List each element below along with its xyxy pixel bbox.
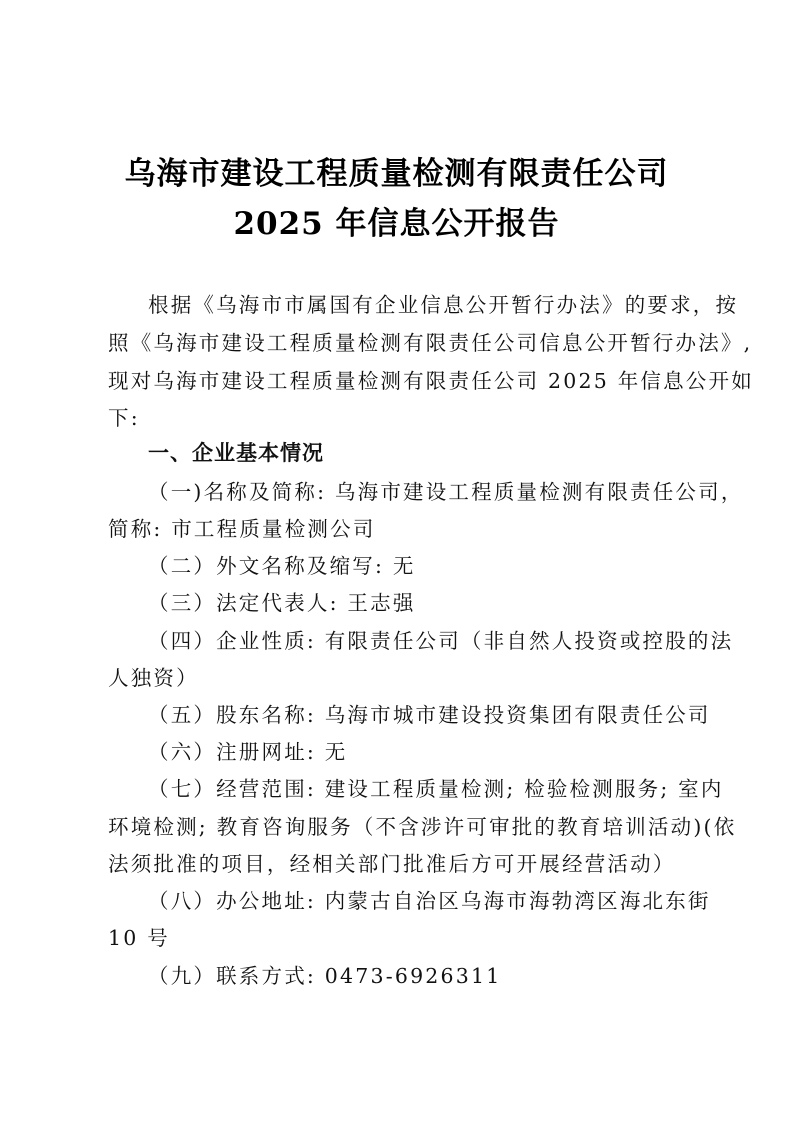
item-address-line-1: （八）办公地址: 内蒙古自治区乌海市海勃湾区海北东街 bbox=[148, 884, 728, 914]
item-business-scope-line-1: （七）经营范围: 建设工程质量检测; 检验检测服务; 室内 bbox=[148, 772, 728, 802]
intro-line-3: 现对乌海市建设工程质量检测有限责任公司 2025 年信息公开如 bbox=[108, 364, 688, 394]
item-address-line-2: 10 号 bbox=[108, 921, 688, 951]
item-website: （六）注册网址: 无 bbox=[148, 735, 728, 765]
document-title-line-2: 2025 年信息公开报告 bbox=[0, 198, 793, 243]
item-name-line-2: 简称: 市工程质量检测公司 bbox=[108, 512, 688, 542]
intro-line-1: 根据《乌海市市属国有企业信息公开暂行办法》的要求，按 bbox=[148, 288, 728, 318]
item-enterprise-type-line-2: 人独资） bbox=[108, 661, 688, 691]
document-title-line-1: 乌海市建设工程质量检测有限责任公司 bbox=[0, 148, 793, 193]
item-contact: （九）联系方式: 0473-6926311 bbox=[148, 959, 728, 989]
section-heading-basic-info: 一、企业基本情况 bbox=[148, 437, 728, 467]
document-page: 乌海市建设工程质量检测有限责任公司 2025 年信息公开报告 根据《乌海市市属国… bbox=[0, 0, 793, 1122]
intro-line-4: 下: bbox=[108, 401, 688, 431]
item-enterprise-type-line-1: （四）企业性质: 有限责任公司（非自然人投资或控股的法 bbox=[148, 624, 728, 654]
item-business-scope-line-3: 法须批准的项目，经相关部门批准后方可开展经营活动） bbox=[108, 847, 688, 877]
item-business-scope-line-2: 环境检测; 教育咨询服务（不含涉许可审批的教育培训活动)(依 bbox=[108, 810, 688, 840]
item-legal-rep: （三）法定代表人: 王志强 bbox=[148, 586, 728, 616]
item-shareholder: （五）股东名称: 乌海市城市建设投资集团有限责任公司 bbox=[148, 698, 728, 728]
item-foreign-name: （二）外文名称及缩写: 无 bbox=[148, 549, 728, 579]
item-name-line-1: （一)名称及简称: 乌海市建设工程质量检测有限责任公司， bbox=[148, 475, 728, 505]
intro-line-2: 照《乌海市建设工程质量检测有限责任公司信息公开暂行办法》, bbox=[108, 326, 688, 356]
